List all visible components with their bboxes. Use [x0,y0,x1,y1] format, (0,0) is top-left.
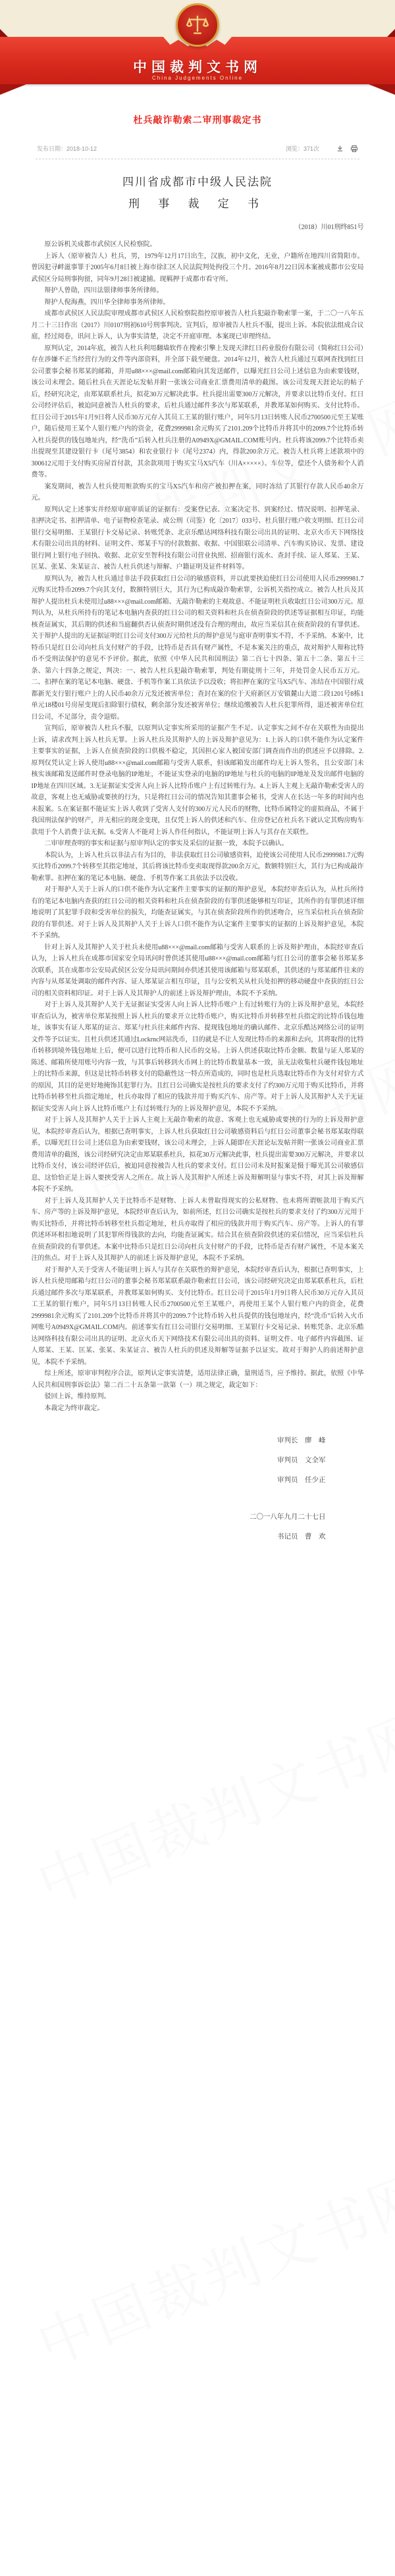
document-type: 刑 事 裁 定 书 [0,194,395,211]
case-number: （2018）川01刑终851号 [32,221,364,231]
paragraph: 驳回上诉，维持原判。 [32,1391,364,1403]
view-count: 浏览：371次 [286,144,319,153]
paragraph: 成都市武侯区人民法院审理成都市武侯区人民检察院指控原审被告人杜兵犯敲诈勒索罪一案… [32,308,364,343]
paragraph: 本裁定为终审裁定。 [32,1403,364,1415]
paragraph: 原判认定上述事实并经原审庭审质证的证据有：受案登记表、立案决定书、到案经过、情况… [32,504,364,573]
print-button[interactable] [350,145,358,153]
meta-bar: 发布日期：2018-10-12 浏览：371次 [36,142,359,159]
paragraph: 上诉人（原审被告人）杜兵，男，1979年12月17日出生，汉族，初中文化，无业，… [32,251,364,286]
paragraph: 二审审理查明的事实和证据与原审判认定的事实及采信的证据一致，本院予以确认。 [32,838,364,850]
paragraph: 原判认为，被告人杜兵通过非法手段获取红日公司的敏感资料，并以此要挟迫使红日公司使… [32,573,364,723]
paragraph: 原公诉机关成都市武侯区人民检察院。 [32,239,364,251]
paragraph: 综上所述，原审审判程序合法，原判认定事实清楚，适用法律正确，量刑适当，应予维持。… [32,1368,364,1391]
document-title: 杜兵敲诈勒索二审刑事裁定书 [0,113,395,126]
site-title: 中国裁判文书网 [0,57,395,76]
court-emblem-icon [176,3,219,47]
paragraph: 对于辩护人关于上诉人的口供不能作为认定案件主要事实的证据的辩护意见，本院经审查后… [32,884,364,942]
printer-icon [350,145,358,153]
paragraph: 针对上诉人及其辩护人关于杜兵未使用u88×××@mail.com邮箱与受害人联系… [32,942,364,1000]
watermark: 中国裁判文书网 [24,2177,372,2381]
download-icon [336,145,344,152]
judge-signature: 审判员 任少正 [32,1471,326,1490]
judge-signature: 审判长 廖 峰 [32,1431,326,1451]
judgement-page: 中国裁判文书网 中国裁判文书网 中国裁判文书网 中国裁判文书网 中国裁判文书网 … [0,0,395,2576]
paragraph: 对于辩护人关于受害人不能证明上诉人与其存在关联性的辩护意见，本院经审查后认为，根… [32,1265,364,1369]
paragraph: 对于上诉人及其辩护人关于无证据证实受害人向上诉人比特币账户上有过转账行为的上诉及… [32,999,364,1115]
clerk-signature: 书记员 曹 欢 [32,1527,326,1547]
court-name: 四川省成都市中级人民法院 [0,172,395,189]
signature-block: 审判长 廖 峰审判员 文全军审判员 任少正 二〇一八年九月二十七日 书记员 曹 … [32,1431,364,1547]
ribbon-tail-left [0,84,26,95]
document-body: 原公诉机关成都市武侯区人民检察院。上诉人（原审被告人）杜兵，男，1979年12月… [32,239,364,1414]
publish-date: 发布日期：2018-10-12 [37,144,97,153]
judge-signatures: 审判长 廖 峰审判员 文全军审判员 任少正 [32,1431,326,1490]
site-banner: 中国裁判文书网 China Judgements Online [0,0,395,93]
paragraph: 对于上诉人及其辩护人关于上诉人主观上无敲诈勒索的故意、客观上也无威胁或要挟的行为… [32,1115,364,1196]
paragraph: 辩护人倪海燕，四川华全律师事务所律师。 [32,297,364,309]
paragraph: 案发期间，被告人杜兵使用赃款购买的宝马X5汽车和房产被扣押在案，同时冻结了其银行… [32,481,364,504]
paragraph: 宣判后，原审被告人杜兵不服，以原判认定事实所采用的证据产生不足、认定事实之间不存… [32,723,364,838]
site-subtitle-en: China Judgements Online [0,75,395,81]
paragraph: 辩护人曾勋，四川法银律师事务所律师。 [32,285,364,297]
download-button[interactable] [336,145,344,152]
paragraph: 对于上诉人及其辩护人关于比特币不是财物、上诉人未曾取得现实的公私财物、也未将所谓… [32,1196,364,1265]
watermark: 中国裁判文书网 [24,1716,372,1920]
judge-signature: 审判员 文全军 [32,1451,326,1471]
ribbon-tail-right [369,84,395,95]
ruling-date: 二〇一八年九月二十七日 [32,1508,326,1527]
paragraph: 原判认定，2014年底，被告人杜兵利用翻墙软件在搜索引擎上发现天津红日药业股份有… [32,343,364,481]
scales-of-justice-icon [184,12,211,38]
paragraph: 本院认为，上诉人杜兵以非法占有为目的，非法获取红日公司敏感资料，迫使该公司使用人… [32,850,364,885]
